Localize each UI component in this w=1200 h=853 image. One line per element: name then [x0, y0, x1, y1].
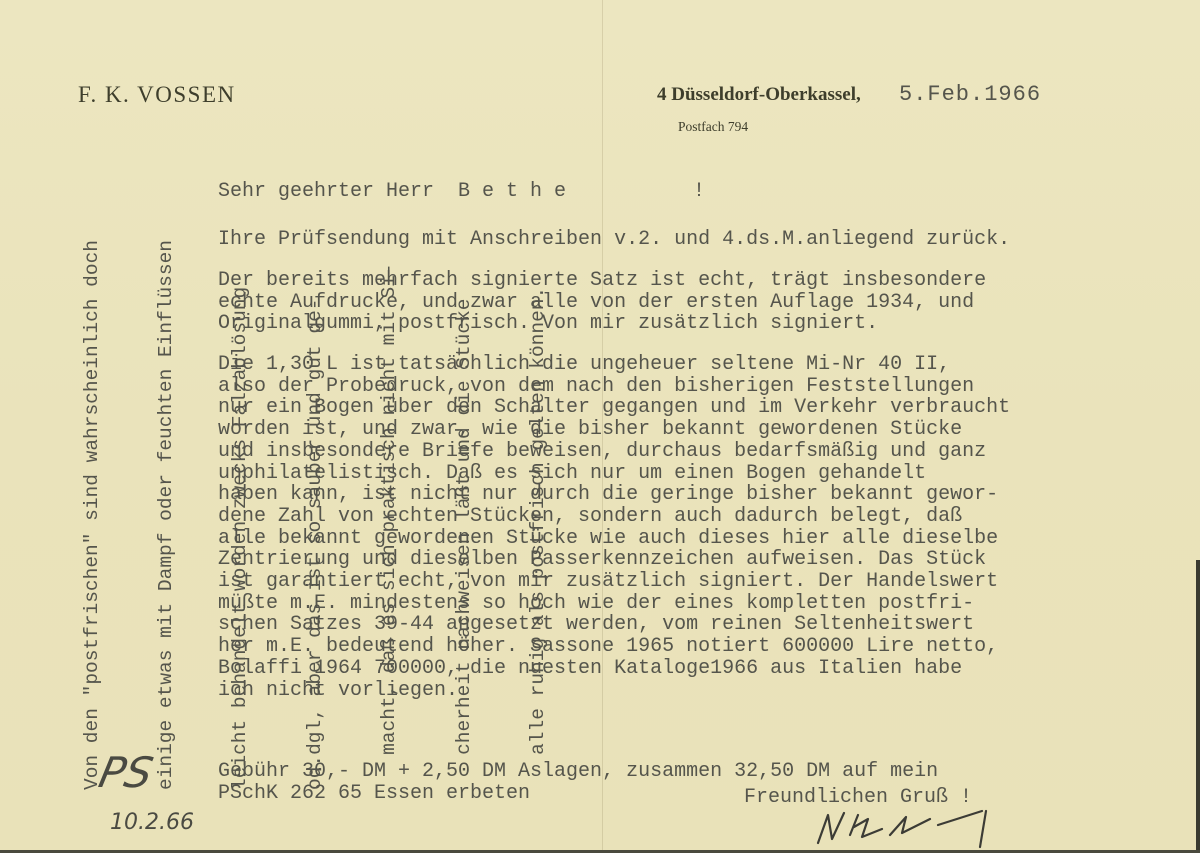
margin-note-line: Von den "postfrischen" sind wahrscheinli… — [80, 240, 105, 790]
margin-note: Von den "postfrischen" sind wahrscheinli… — [30, 240, 600, 790]
salutation-end: ! — [693, 180, 705, 203]
margin-note-line: od.dgl, aber das ist so sauber und gut g… — [303, 240, 328, 790]
letter-date: 5.Feb.1966 — [899, 82, 1041, 107]
margin-note-line: cherheit nachweisen läßt und die Stücke — [452, 240, 477, 790]
letterhead-postfach: Postfach 794 — [678, 119, 748, 135]
margin-note-line: einige etwas mit Dampf oder feuchten Ein… — [154, 240, 179, 790]
letterhead-name: F. K. VOSSEN — [78, 82, 236, 108]
signature-icon — [810, 805, 995, 850]
margin-note-line: alle ruhig als postfrisch gelten können. — [526, 240, 551, 790]
salutation: Sehr geehrter Herr B e t h e — [218, 180, 566, 203]
page-edge-right — [1196, 560, 1200, 853]
handwritten-date: 10.2.66 — [110, 810, 194, 835]
letter-page: F. K. VOSSEN 4 Düsseldorf-Oberkassel, 5.… — [0, 0, 1200, 853]
handwritten-initials: PS — [95, 748, 157, 797]
letterhead-city: 4 Düsseldorf-Oberkassel, — [657, 84, 861, 106]
margin-note-line: leicht behandelt worden zwecks Falzablös… — [228, 240, 253, 790]
margin-note-line: macht, daß es sich praktisch nicht mit S… — [377, 240, 402, 790]
